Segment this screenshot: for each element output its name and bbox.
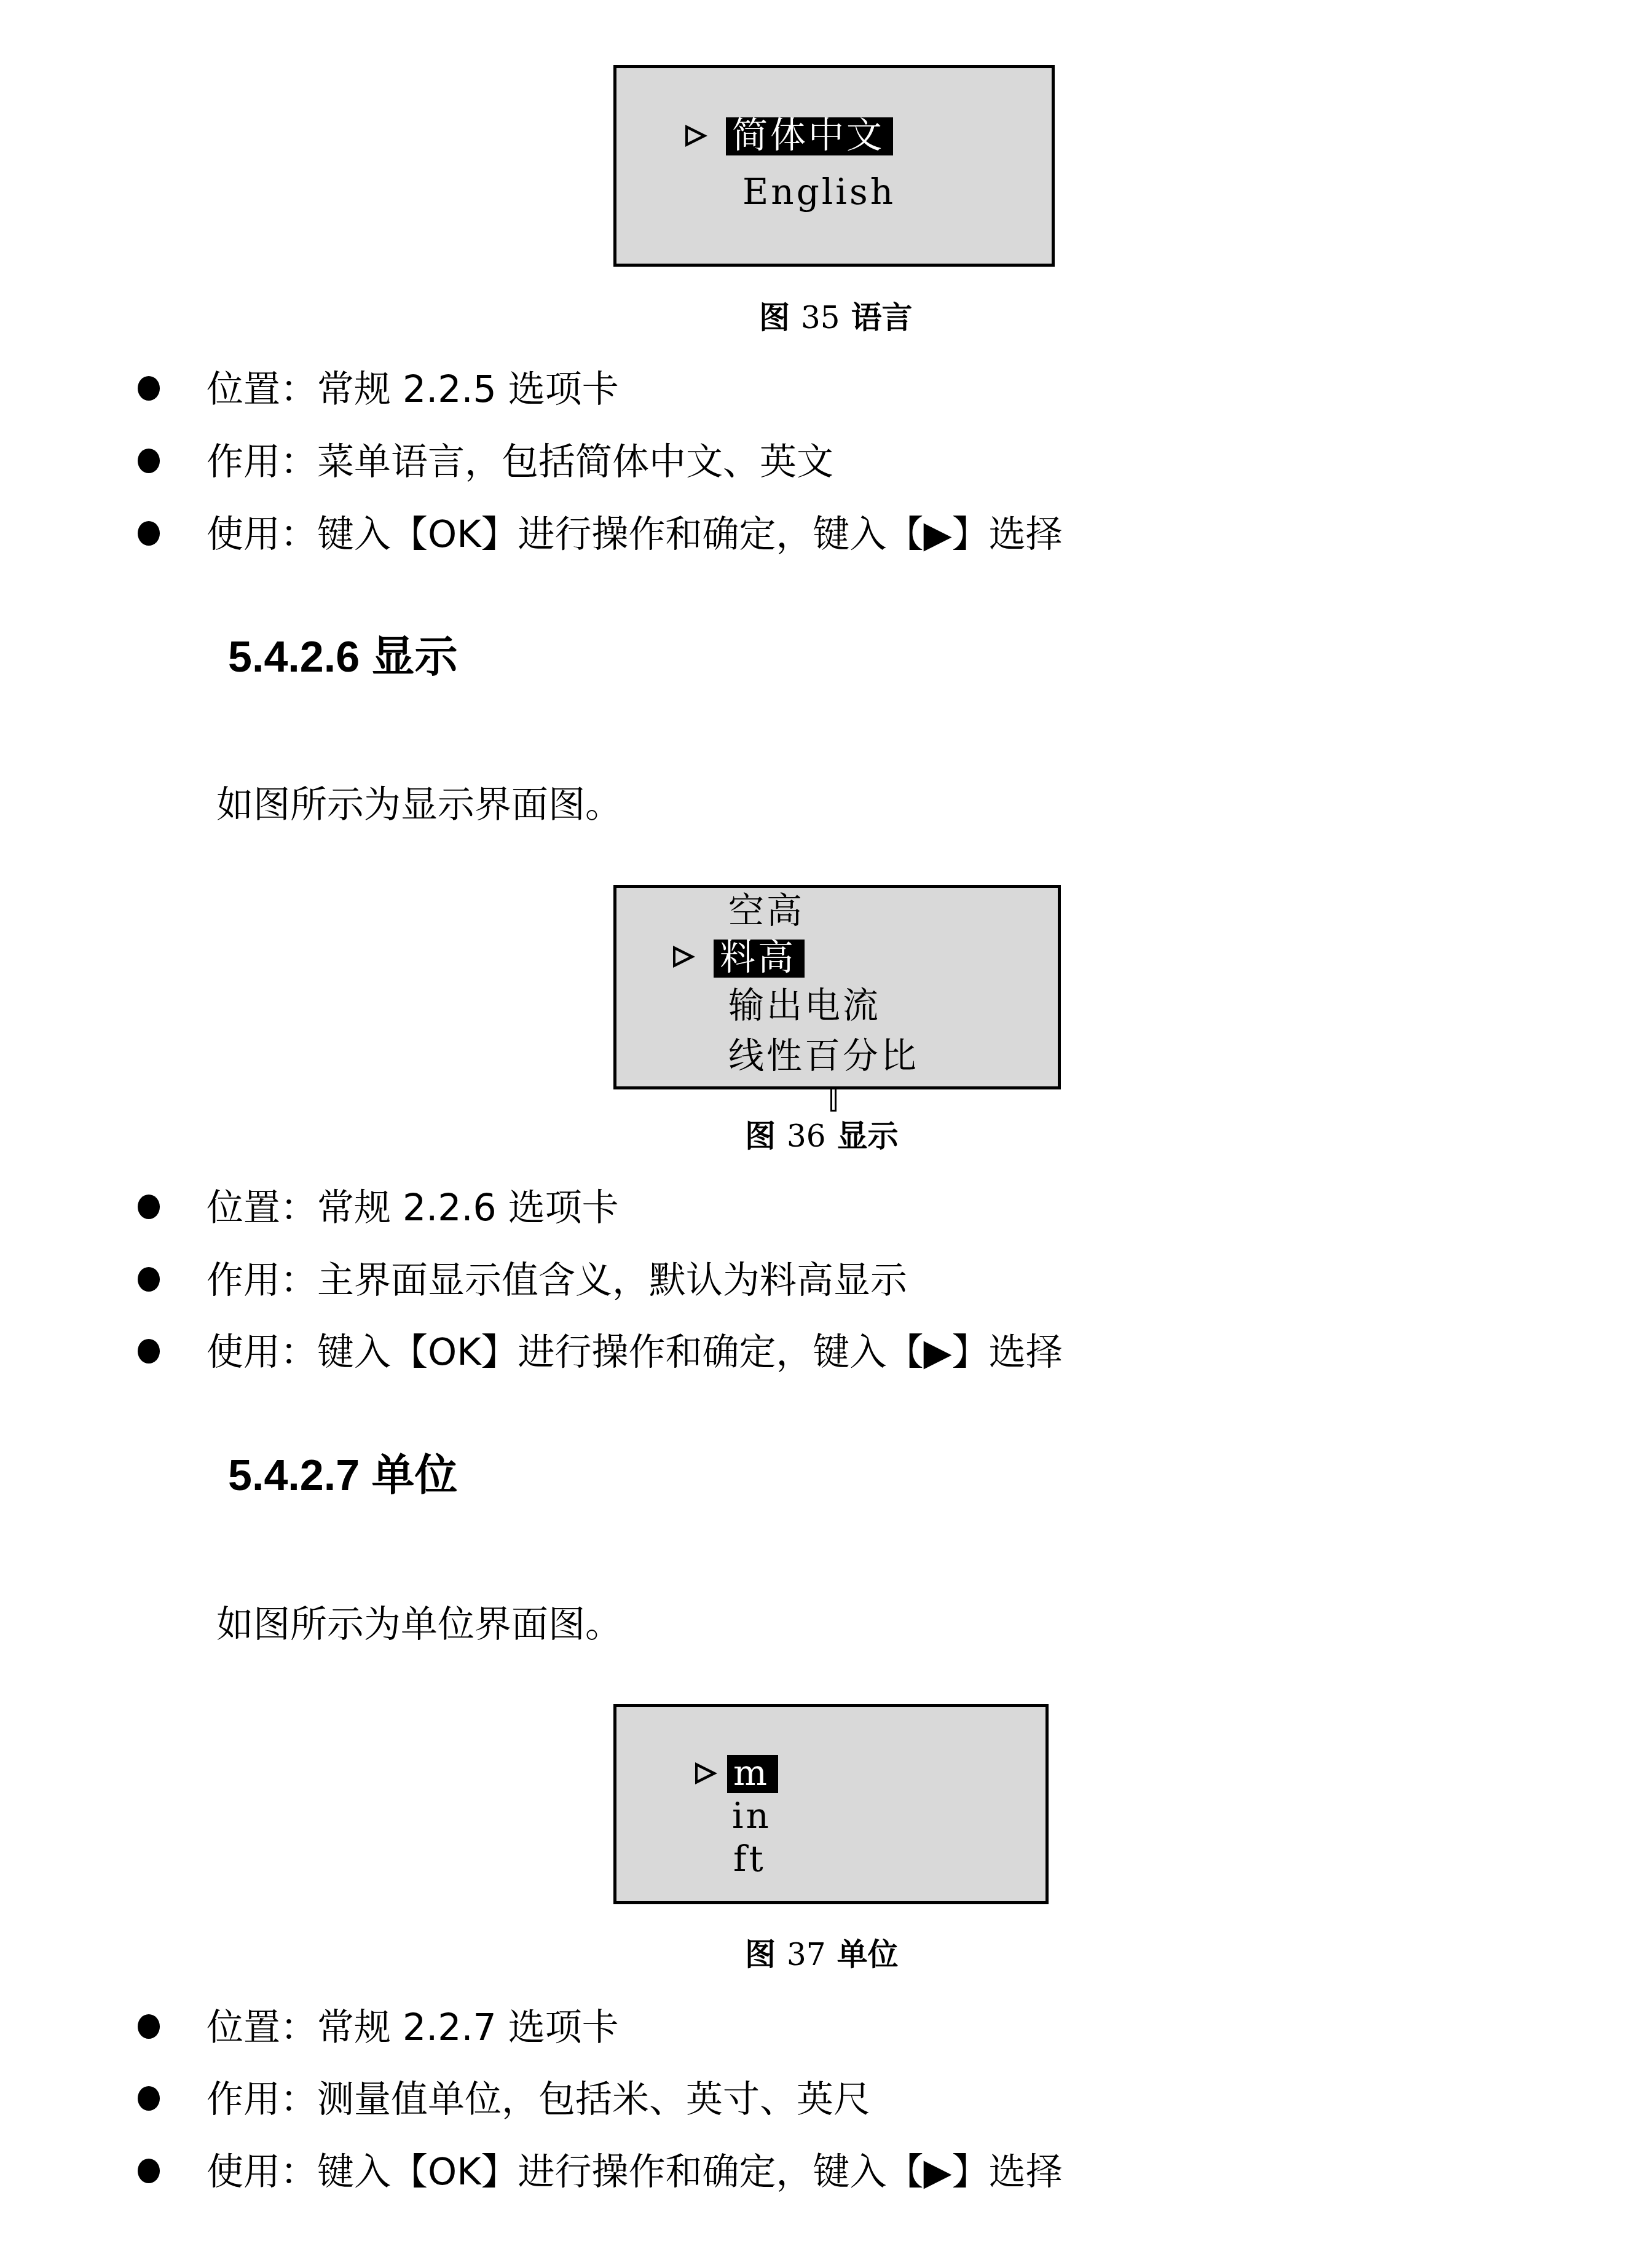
figure-caption-37: 图37单位 — [745, 1939, 899, 1970]
bullet-icon — [138, 2086, 160, 2111]
bullet-icon — [138, 1267, 160, 1292]
selection-cursor-icon — [673, 946, 695, 968]
caption-prefix: 图 — [759, 300, 790, 335]
selection-cursor-icon — [685, 125, 707, 147]
bullet-icon — [138, 521, 160, 546]
lcd-option-foot[interactable]: ft — [733, 1841, 766, 1877]
lcd-screen-language: 简体中文 English — [613, 65, 1055, 267]
caption-number: 36 — [787, 1118, 826, 1154]
lcd-option-meter[interactable]: m — [727, 1755, 778, 1793]
selection-cursor-icon — [695, 1762, 717, 1784]
bullet-icon — [138, 1195, 160, 1219]
caption-title: 单位 — [837, 1937, 899, 1972]
figure-connector — [830, 1089, 837, 1112]
intro-paragraph-display: 如图所示为显示界面图。 — [216, 787, 622, 823]
bullet-function: 作用：测量值单位，包括米、英寸、英尺 — [207, 2081, 870, 2118]
bullet-icon — [138, 1339, 160, 1364]
bullet-location: 位置：常规 2.2.6 选项卡 — [207, 1190, 619, 1226]
bullet-icon — [138, 376, 160, 401]
caption-title: 显示 — [837, 1118, 899, 1154]
lcd-option-inch[interactable]: in — [732, 1798, 771, 1834]
bullet-icon — [138, 449, 160, 473]
caption-number: 35 — [801, 300, 840, 335]
bullet-usage: 使用：键入【OK】进行操作和确定，键入【▶】选择 — [207, 516, 1063, 553]
bullet-icon — [138, 2014, 160, 2039]
bullet-usage: 使用：键入【OK】进行操作和确定，键入【▶】选择 — [207, 2154, 1063, 2191]
lcd-option-english[interactable]: English — [742, 174, 896, 210]
lcd-option-linear-percentage[interactable]: 线性百分比 — [728, 1038, 919, 1073]
bullet-icon — [138, 2159, 160, 2183]
bullet-usage: 使用：键入【OK】进行操作和确定，键入【▶】选择 — [207, 1334, 1063, 1371]
bullet-function: 作用：主界面显示值含义，默认为料高显示 — [207, 1262, 907, 1299]
intro-paragraph-unit: 如图所示为单位界面图。 — [216, 1606, 622, 1643]
lcd-option-simplified-chinese[interactable]: 简体中文 — [726, 117, 893, 155]
caption-title: 语言 — [851, 300, 913, 335]
caption-number: 37 — [787, 1937, 826, 1972]
lcd-option-output-current[interactable]: 输出电流 — [728, 987, 881, 1023]
lcd-option-empty-height[interactable]: 空高 — [728, 893, 805, 928]
bullet-function: 作用：菜单语言，包括简体中文、英文 — [207, 444, 833, 481]
lcd-screen-unit: m in ft — [613, 1704, 1049, 1904]
lcd-screen-display: 空高 料高 输出电流 线性百分比 — [613, 885, 1061, 1089]
lcd-option-material-height[interactable]: 料高 — [714, 940, 805, 978]
caption-prefix: 图 — [745, 1118, 776, 1154]
bullet-location: 位置：常规 2.2.7 选项卡 — [207, 2009, 619, 2046]
bullet-location: 位置：常规 2.2.5 选项卡 — [207, 371, 619, 408]
figure-caption-36: 图36显示 — [745, 1121, 899, 1152]
caption-prefix: 图 — [745, 1937, 776, 1972]
figure-caption-35: 图35语言 — [759, 302, 913, 333]
section-heading-display: 5.4.2.6 显示 — [228, 635, 458, 678]
section-heading-unit: 5.4.2.7 单位 — [228, 1454, 458, 1497]
